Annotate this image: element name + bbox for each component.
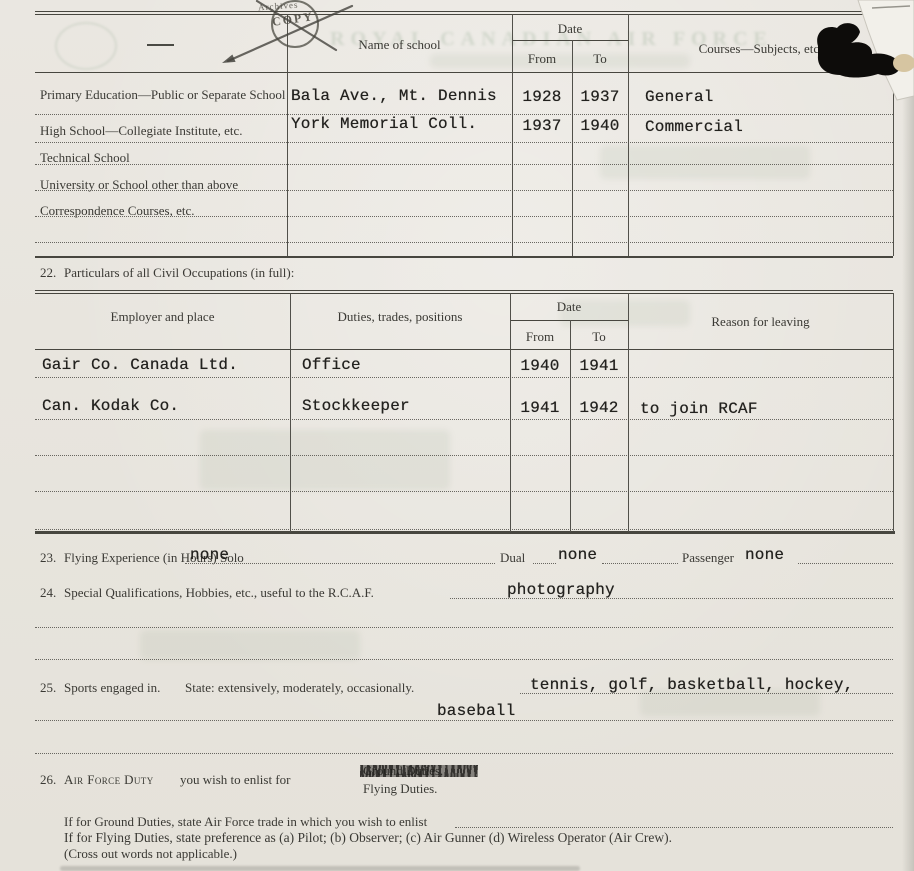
bleedthrough-smudge [60,866,580,871]
edu-header-to: To [572,52,628,66]
edu-row-label: Technical School [40,151,130,165]
occ-header-duties: Duties, trades, positions [290,310,510,324]
section25-state-label: State: extensively, moderately, occasion… [185,681,414,695]
selected-option: Flying Duties. [363,782,437,796]
occ-header-date: Date [510,300,628,314]
edu-header-school: Name of school [287,38,512,52]
edu-row-to-value: 1937 [572,89,628,105]
occ-header-employer: Employer and place [35,310,290,324]
occ-row-to-value: 1941 [570,358,628,374]
dotted-line [35,142,893,143]
dotted-line [602,563,678,564]
dotted-line [533,563,556,564]
strikeout-scribble [360,765,478,777]
cross-out-note: (Cross out words not applicable.) [64,847,237,861]
bleedthrough-smudge [600,145,810,179]
dotted-line [35,529,893,530]
edu-header-from: From [512,52,572,66]
edu-row-school-value: Bala Ave., Mt. Dennis [291,88,497,104]
edu-row-from-value: 1928 [512,89,572,105]
sports-value-line2: baseball [437,703,515,719]
section26-rest-label: you wish to enlist for [180,773,291,787]
table-rule [512,14,513,256]
table-rule [628,14,629,256]
sports-value-line1: tennis, golf, basketball, hockey, [530,677,853,693]
table-rule [35,11,893,12]
table-rule [35,256,893,258]
table-rule [893,293,894,532]
table-rule [893,14,894,256]
occ-row-from-value: 1941 [510,400,570,416]
section23-passenger-label: Passenger [682,551,734,565]
section25-number: 25. [40,681,56,695]
edu-row-to-value: 1940 [572,118,628,134]
table-rule [35,531,895,534]
qualifications-value: photography [507,582,615,598]
ground-duties-note: If for Ground Duties, state Air Force tr… [64,815,427,829]
edu-row-label: High School—Collegiate Institute, etc. [40,124,243,138]
section22-number: 22. [40,266,56,280]
dotted-line [35,164,893,165]
dotted-line [35,455,893,456]
crossed-out-option: Ground Duties. [363,764,443,778]
occ-row-to-value: 1942 [570,400,628,416]
bleedthrough-smudge [200,430,450,490]
edu-row-courses-value: Commercial [645,119,743,135]
scan-right-edge-shadow [902,0,914,871]
edu-row-from-value: 1937 [512,118,572,134]
dotted-line [35,627,893,628]
section23-number: 23. [40,551,56,565]
section22-title: Particulars of all Civil Occupations (in… [64,266,294,280]
table-rule [628,293,629,532]
dotted-line [35,377,893,378]
dotted-line [35,753,893,754]
dotted-line [35,216,893,217]
bleedthrough-smudge [140,630,360,660]
occ-row-from-value: 1940 [510,358,570,374]
arrowhead [222,55,236,64]
section24-number: 24. [40,586,56,600]
dotted-line [35,720,893,721]
occ-row-employer-value: Can. Kodak Co. [42,398,179,414]
table-rule [570,320,571,532]
table-rule [512,40,628,41]
scanned-form-page: ROYAL CANADIAN AIR FORCE Archives COPY N… [0,0,914,871]
dotted-line [35,419,893,420]
edu-row-school-value: York Memorial Coll. [291,116,477,132]
table-rule [35,72,893,73]
dash-mark [147,44,174,46]
bleedthrough-stamp [55,22,117,70]
solo-hours-value: none [190,547,229,563]
table-rule [35,349,893,350]
edu-header-courses: Courses—Subjects, etc. [628,42,893,56]
occ-row-duties-value: Office [302,357,361,373]
occ-row-employer-value: Gair Co. Canada Ltd. [42,357,238,373]
occ-header-to: To [570,330,628,344]
table-rule [35,293,893,294]
table-rule [35,290,893,291]
table-rule [287,14,288,256]
section24-label: Special Qualifications, Hobbies, etc., u… [64,586,374,600]
table-rule [35,14,893,15]
occ-row-duties-value: Stockkeeper [302,398,410,414]
section25-label: Sports engaged in. [64,681,160,695]
edu-header-date: Date [512,22,628,36]
dual-hours-value: none [558,547,597,563]
dotted-line [35,190,893,191]
dotted-line [35,659,893,660]
table-rule [510,320,628,321]
dotted-line [798,563,893,564]
occ-header-reason: Reason for leaving [628,315,893,329]
occ-row-reason-value: to join RCAF [640,401,758,417]
dotted-line [185,563,495,564]
flying-duties-note: If for Flying Duties, state preference a… [64,831,672,845]
dotted-line [35,491,893,492]
dotted-line [455,827,893,828]
section23-dual-label: Dual [500,551,525,565]
section26-duty-label: Air Force Duty [64,773,154,787]
occ-header-from: From [510,330,570,344]
table-rule [572,40,573,256]
dotted-line [35,242,893,243]
edu-row-label: Primary Education—Public or Separate Sch… [40,88,302,102]
section26-number: 26. [40,773,56,787]
table-rule [290,293,291,532]
passenger-hours-value: none [745,547,784,563]
edu-row-courses-value: General [645,89,714,105]
